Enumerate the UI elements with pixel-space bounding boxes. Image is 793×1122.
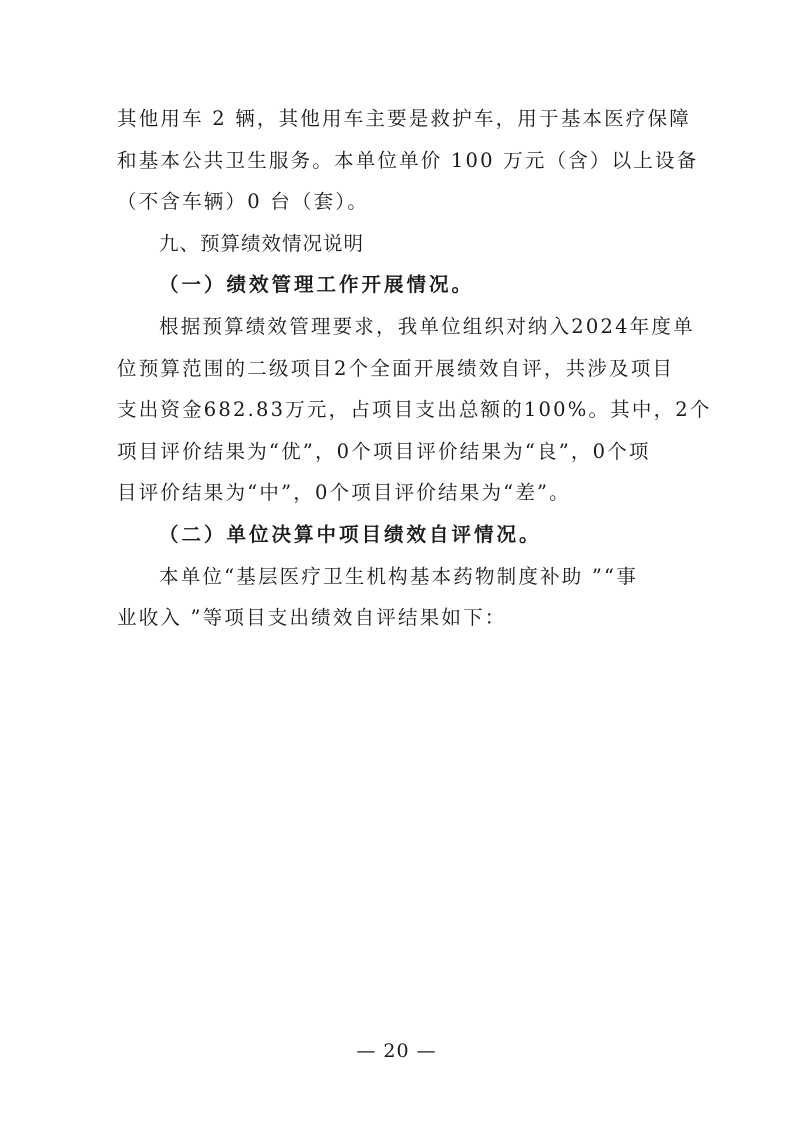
page-number: — 20 — — [0, 1040, 793, 1062]
paragraph-line: 目评价结果为“中”，0个项目评价结果为“差”。 — [117, 472, 677, 514]
paragraph-line: 其他用车 2 辆，其他用车主要是救护车，用于基本医疗保障 — [117, 98, 677, 140]
subsection-heading: （一）绩效管理工作开展情况。 — [117, 264, 677, 306]
paragraph-line: 位预算范围的二级项目2个全面开展绩效自评，共涉及项目 — [117, 348, 677, 390]
document-page: 其他用车 2 辆，其他用车主要是救护车，用于基本医疗保障 和基本公共卫生服务。本… — [117, 98, 677, 639]
paragraph-line: 本单位“基层医疗卫生机构基本药物制度补助 ”“事 — [117, 556, 677, 598]
paragraph-line: 根据预算绩效管理要求，我单位组织对纳入2024年度单 — [117, 306, 677, 348]
paragraph-line: 业收入 ”等项目支出绩效自评结果如下： — [117, 597, 677, 639]
paragraph-line: 和基本公共卫生服务。本单位单价 100 万元（含）以上设备 — [117, 140, 677, 182]
subsection-heading: （二）单位决算中项目绩效自评情况。 — [117, 514, 677, 556]
paragraph-line: （不含车辆）0 台（套）。 — [117, 181, 677, 223]
paragraph-line: 支出资金682.83万元，占项目支出总额的100%。其中，2个 — [117, 389, 677, 431]
section-heading: 九、预算绩效情况说明 — [117, 223, 677, 265]
paragraph-line: 项目评价结果为“优”，0个项目评价结果为“良”，0个项 — [117, 431, 677, 473]
